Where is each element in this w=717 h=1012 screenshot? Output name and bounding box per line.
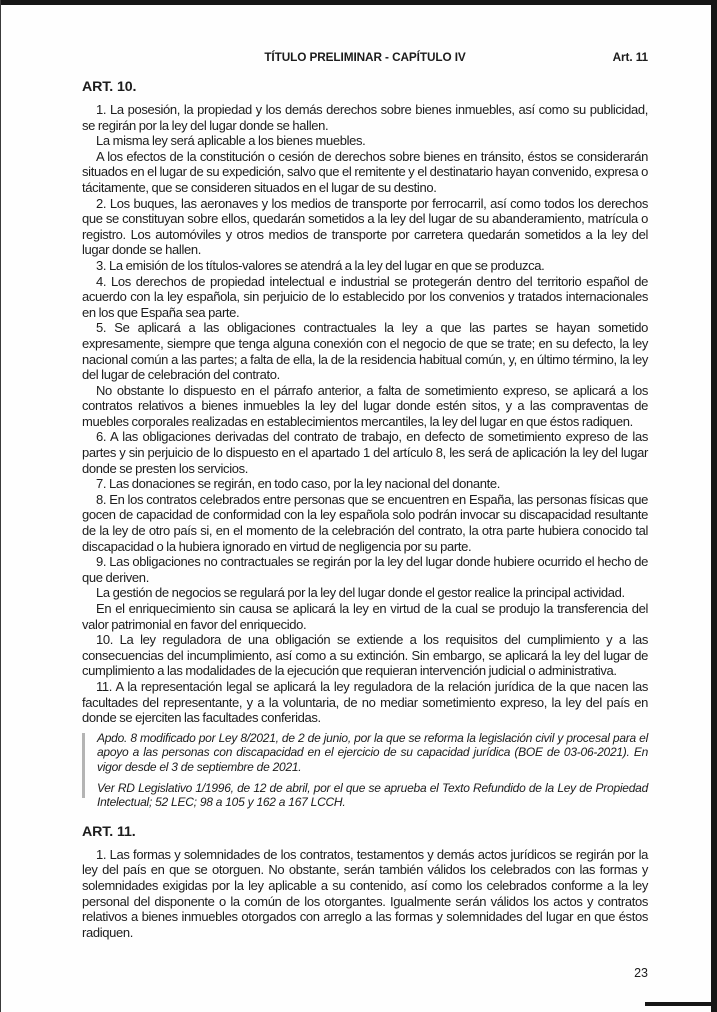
article-paragraph: La misma ley será aplicable a los bienes… — [82, 133, 648, 149]
article-paragraph: La gestión de negocios se regulará por l… — [82, 585, 648, 601]
article-paragraph: 1. Las formas y solemnidades de los cont… — [82, 847, 648, 941]
scan-edge-corner — [645, 1002, 711, 1006]
page-number: 23 — [82, 966, 648, 980]
running-header-title: TÍTULO PRELIMINAR - CAPÍTULO IV — [82, 50, 648, 64]
running-header-article-ref: Art. 11 — [613, 50, 648, 64]
page-content: ART. 10. 1. La posesión, la propiedad y … — [82, 79, 648, 940]
editorial-note-body: Apdo. 8 modificado por Ley 8/2021, de 2 … — [97, 731, 648, 810]
article-11-body: 1. Las formas y solemnidades de los cont… — [82, 847, 648, 941]
scan-edge-left — [0, 0, 1, 1012]
article-paragraph: 11. A la representación legal se aplicar… — [82, 679, 648, 726]
note-paragraph: Ver RD Legislativo 1/1996, de 12 de abri… — [97, 781, 648, 810]
scan-edge-right — [711, 0, 717, 1012]
note-paragraph: Apdo. 8 modificado por Ley 8/2021, de 2 … — [97, 731, 648, 775]
article-paragraph: 6. A las obligaciones derivadas del cont… — [82, 429, 648, 476]
article-11-heading: ART. 11. — [82, 824, 648, 840]
article-paragraph: 8. En los contratos celebrados entre per… — [82, 492, 648, 554]
document-page: TÍTULO PRELIMINAR - CAPÍTULO IV Art. 11 … — [0, 0, 717, 1012]
article-10-body: 1. La posesión, la propiedad y los demás… — [82, 102, 648, 726]
article-paragraph: 9. Las obligaciones no contractuales se … — [82, 554, 648, 585]
note-left-bar — [82, 733, 85, 798]
scan-edge-top — [0, 0, 717, 5]
article-paragraph: En el enriquecimiento sin causa se aplic… — [82, 601, 648, 632]
article-10-heading: ART. 10. — [82, 79, 648, 95]
article-paragraph: 5. Se aplicará a las obligaciones contra… — [82, 320, 648, 382]
article-paragraph: 7. Las donaciones se regirán, en todo ca… — [82, 476, 648, 492]
running-header: TÍTULO PRELIMINAR - CAPÍTULO IV Art. 11 — [82, 50, 648, 64]
article-paragraph: 2. Los buques, las aeronaves y los medio… — [82, 196, 648, 258]
article-paragraph: No obstante lo dispuesto en el párrafo a… — [82, 383, 648, 430]
editorial-note: Apdo. 8 modificado por Ley 8/2021, de 2 … — [82, 731, 648, 810]
article-paragraph: 10. La ley reguladora de una obligación … — [82, 632, 648, 679]
article-paragraph: 1. La posesión, la propiedad y los demás… — [82, 102, 648, 133]
article-paragraph: 3. La emisión de los títulos-valores se … — [82, 258, 648, 274]
article-paragraph: A los efectos de la constitución o cesió… — [82, 149, 648, 196]
article-paragraph: 4. Los derechos de propiedad intelectual… — [82, 274, 648, 321]
